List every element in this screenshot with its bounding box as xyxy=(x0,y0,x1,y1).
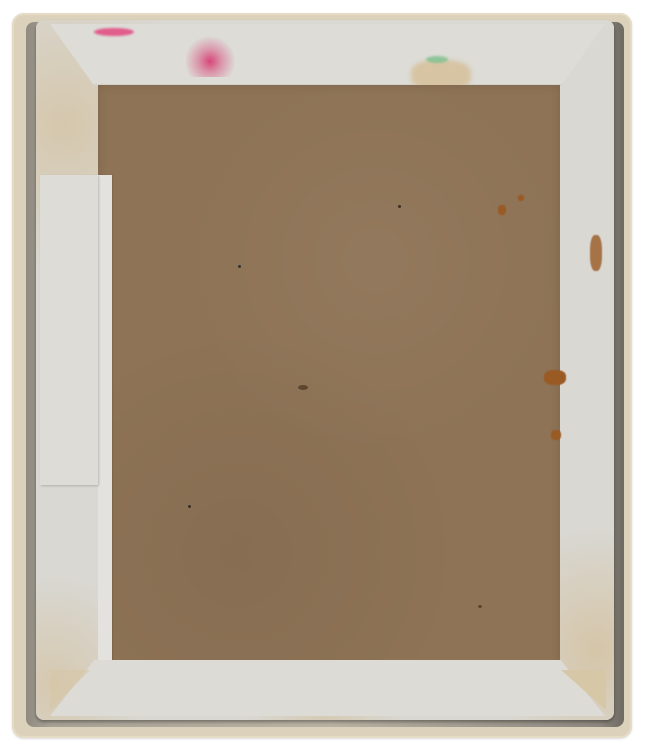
speck xyxy=(398,205,401,208)
cardboard-panel xyxy=(98,85,560,670)
bottom-paper-flap xyxy=(50,660,605,716)
left-paper-strip xyxy=(98,175,112,695)
rust-spot xyxy=(498,205,506,215)
rust-stain xyxy=(590,235,602,271)
speck xyxy=(298,385,308,390)
pink-ink-mark xyxy=(94,28,134,36)
pink-ink-smudge xyxy=(186,32,246,77)
speck xyxy=(478,605,482,608)
green-ink-mark xyxy=(426,56,448,63)
left-tape-piece xyxy=(40,175,98,485)
top-paper-flap xyxy=(50,24,605,86)
speck xyxy=(238,265,241,268)
rust-spot xyxy=(518,195,524,201)
rust-stain xyxy=(544,370,566,385)
rust-stain xyxy=(551,430,561,440)
speck xyxy=(188,505,191,508)
inner-tray xyxy=(36,20,614,720)
